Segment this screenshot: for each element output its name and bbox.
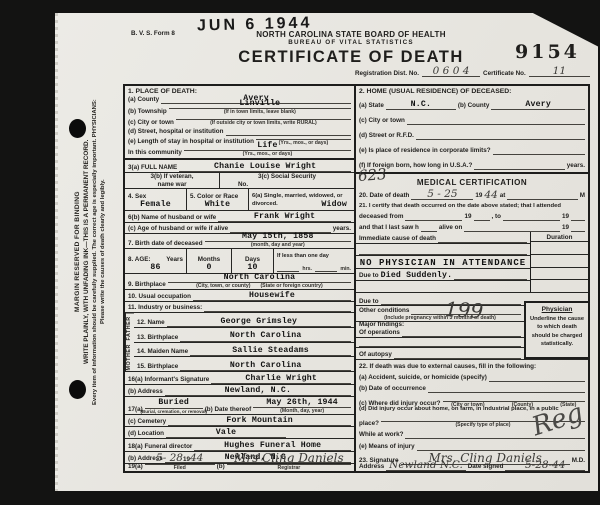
section-title: 2. HOME (USUAL RESIDENCE) OF DECEASED: bbox=[356, 86, 588, 95]
section-title: 22. If death was due to external causes,… bbox=[359, 363, 536, 371]
scanned-death-certificate: { "header": { "form_no": "B. V. S. Form … bbox=[0, 0, 600, 505]
death-date-handwriting: 5 - 25 bbox=[427, 190, 457, 199]
field-label: 13. Birthplace bbox=[137, 334, 178, 342]
field-label: (d) Location bbox=[128, 430, 164, 438]
age-months-value: 0 bbox=[190, 264, 228, 272]
field-label: 3(c) Social Security bbox=[220, 173, 354, 181]
field-suffix: years. bbox=[567, 162, 585, 170]
age-days-value: 10 bbox=[235, 264, 270, 272]
certify-text: deceased from bbox=[359, 213, 403, 221]
physician-address-handwriting: Newland N.C. bbox=[389, 461, 463, 470]
field-label: Of autopsy bbox=[359, 351, 392, 359]
field-caption: (State or foreign country) bbox=[260, 283, 322, 289]
year-prefix: 19 bbox=[562, 213, 569, 221]
row-industry: 11. Industry or business: bbox=[125, 302, 354, 313]
field-label: 9. Birthplace bbox=[128, 281, 166, 289]
row-certify-3: and that I last saw h alive on 19 bbox=[356, 221, 588, 232]
informant-signature-value: Charlie Wright bbox=[245, 375, 317, 383]
field-label: (b) Township bbox=[128, 108, 167, 116]
full-name-value: Chanie Louise Wright bbox=[214, 163, 316, 171]
margin-note-permanent-record: WRITE PLAINLY, WITH UNFADING INK—THIS IS… bbox=[83, 13, 90, 491]
row-informant-signature: 16(a) Informant's Signature Charlie Wrig… bbox=[125, 372, 354, 385]
field-label: (b) Date thereof bbox=[205, 406, 252, 414]
registrar-caption: Registrar bbox=[277, 465, 300, 471]
mother-name-value: Sallie Steadams bbox=[232, 347, 309, 355]
field-label: (b) Address bbox=[128, 388, 163, 396]
row-informant-address: (b) Address Newland, N.C. bbox=[125, 385, 354, 397]
row-veteran-ssn: 3(b) If veteran, name war 3(c) Social Se… bbox=[125, 173, 354, 189]
field-label: 18(a) Funeral director bbox=[128, 443, 192, 451]
field-label: (a) Accident, suicide, or homicide (spec… bbox=[359, 374, 487, 382]
filed-date-handwriting: 5- 28 bbox=[156, 454, 183, 463]
year-prefix: 19 bbox=[475, 192, 482, 200]
certify-text: 21. I certify that death occurred on the… bbox=[359, 203, 561, 210]
form-number: B. V. S. Form 8 bbox=[131, 30, 175, 37]
filed-caption: Filed bbox=[174, 465, 186, 471]
location-value: Vale bbox=[216, 429, 236, 437]
row-external-title: 22. If death was due to external causes,… bbox=[356, 360, 588, 371]
informant-address-value: Newland, N.C. bbox=[225, 387, 291, 395]
field-caption: (month, day and year) bbox=[251, 242, 305, 248]
field-label: 3(b) If veteran, bbox=[125, 173, 219, 181]
spouse-value: Frank Wright bbox=[254, 213, 315, 221]
certify-text: alive on bbox=[439, 224, 462, 232]
field-label: (c) Cemetery bbox=[128, 418, 166, 426]
age-years-value: 86 bbox=[128, 264, 183, 272]
field-label: 14. Maiden Name bbox=[137, 348, 188, 356]
cemetery-value: Fork Mountain bbox=[226, 417, 292, 425]
cause-code-handwriting: 199 bbox=[445, 300, 484, 320]
father-name-value: George Grimsley bbox=[220, 318, 297, 326]
home-county-value: Avery bbox=[525, 101, 551, 109]
date-signed-handwriting: 5-28-44 bbox=[525, 461, 566, 470]
mother-birthplace-value: North Carolina bbox=[230, 362, 302, 370]
row-spouse: 6(b) Name of husband or wife Frank Wrigh… bbox=[125, 211, 354, 223]
field-label: Due to bbox=[359, 272, 379, 280]
row-accident: (a) Accident, suicide, or homicide (spec… bbox=[356, 371, 588, 382]
field-label: (b) bbox=[217, 463, 225, 471]
certify-text: and that I last saw h bbox=[359, 224, 419, 232]
field-label: 16(a) Informant's Signature bbox=[128, 376, 209, 384]
section-home: 2. HOME (USUAL RESIDENCE) OF DECEASED: (… bbox=[356, 86, 588, 174]
row-certify-2: deceased from 19 , to 19 bbox=[356, 210, 588, 221]
certificate-no-handwriting: 11 bbox=[553, 67, 566, 76]
code-handwriting: 623 bbox=[358, 168, 388, 183]
year-prefix: 19 bbox=[183, 456, 190, 464]
form-grid: 1. PLACE OF DEATH: (a) County Avery (b) … bbox=[123, 84, 590, 473]
field-label: 19(a) bbox=[128, 463, 143, 471]
field-label: (a) County bbox=[128, 96, 159, 104]
field-label: (b) County bbox=[458, 102, 489, 110]
field-label: 7. Birth date of deceased bbox=[128, 240, 203, 248]
birthdate-value: May 15th, 1858 bbox=[242, 233, 314, 241]
row-burial: 17(a) Buried (Burial, cremation, or remo… bbox=[125, 397, 354, 415]
registrar-signature-handwriting: Mrs Cling Daniels bbox=[234, 453, 344, 464]
section-title: MEDICAL CERTIFICATION bbox=[356, 176, 588, 187]
field-label: 6(b) Name of husband or wife bbox=[128, 214, 216, 222]
field-label: No. bbox=[220, 181, 354, 189]
row-physician-address: Address Newland N.C. Date signed 5-28-44 bbox=[356, 465, 588, 471]
field-label: 8. AGE: bbox=[128, 256, 151, 264]
physician-note-box: Physician Underline the cause to which d… bbox=[524, 301, 588, 359]
field-label: (c) City or town bbox=[128, 119, 174, 127]
row-age: 8. AGE: Years 86 Months 0 Days 10 If les… bbox=[125, 249, 354, 274]
row-sex-race-marital: 4. Sex Female 5. Color or Race White 6(a… bbox=[125, 189, 354, 211]
registration-row: Registration Dist. No. 0 6 0 4 Certifica… bbox=[355, 67, 590, 77]
field-label: Certificate No. bbox=[483, 70, 526, 78]
field-label: (d) Street or R.F.D. bbox=[359, 132, 414, 140]
other-conditions-block: Due to 199 Other conditions (Include pre… bbox=[356, 293, 588, 360]
no-physician-value: NO PHYSICIAN IN ATTENDANCE bbox=[360, 259, 526, 268]
row-certify-1: 21. I certify that death occurred on the… bbox=[356, 200, 588, 210]
race-value: White bbox=[190, 201, 245, 209]
field-caption: min. bbox=[340, 266, 351, 272]
field-label: Due to bbox=[359, 298, 379, 306]
row-location: (d) Location Vale bbox=[125, 427, 354, 439]
death-year-handwriting: 44 bbox=[484, 191, 497, 200]
field-label: 10. Usual occupation bbox=[128, 293, 191, 301]
due-to-value: Died Suddenly. bbox=[381, 272, 453, 280]
mother-side-heading: MOTHER bbox=[125, 343, 134, 372]
filed-year-handwriting: 44 bbox=[190, 454, 203, 463]
field-label: place? bbox=[359, 420, 379, 428]
field-label: name war bbox=[125, 181, 219, 189]
field-label: (e) Is place of residence in corporate l… bbox=[359, 147, 491, 155]
field-caption: (Yrs., mos., or days) bbox=[243, 151, 293, 157]
margin-note-binding: MARGIN RESERVED FOR BINDING bbox=[74, 13, 81, 491]
margin-note-causes: Please write the causes of death clearly… bbox=[100, 13, 106, 491]
field-label: Date signed bbox=[468, 463, 504, 471]
field-label: While at work? bbox=[359, 431, 403, 439]
row-means-of-injury: Reg (e) Means of injury bbox=[356, 439, 588, 451]
certificate-paper: MARGIN RESERVED FOR BINDING WRITE PLAINL… bbox=[55, 13, 598, 491]
parents-block: FATHER MOTHER 12. Name George Grimsley 1… bbox=[125, 313, 354, 372]
birthplace-value: North Carolina bbox=[224, 274, 296, 282]
row-full-name: 3(a) FULL NAME Chanie Louise Wright bbox=[125, 160, 354, 173]
physician-note: Underline the cause to which death shoul… bbox=[528, 315, 586, 348]
row-occurrence: (b) Date of occurrence bbox=[356, 382, 588, 393]
field-label: If less than one day bbox=[277, 253, 351, 260]
occupation-value: Housewife bbox=[249, 292, 295, 300]
marital-value: Widow bbox=[252, 201, 351, 209]
field-label: Address bbox=[359, 463, 384, 471]
row-birthplace: 9. Birthplace North Carolina (City, town… bbox=[125, 274, 354, 290]
registration-dist-handwriting: 0 6 0 4 bbox=[433, 67, 470, 76]
row-occupation: 10. Usual occupation Housewife bbox=[125, 290, 354, 302]
township-value: Linville bbox=[239, 100, 280, 108]
sex-value: Female bbox=[128, 201, 183, 209]
date-stamp: JUN 6 1944 bbox=[197, 14, 313, 35]
year-prefix: 19 bbox=[464, 213, 471, 221]
field-label: Other conditions bbox=[359, 307, 409, 315]
field-label: (c) City or town bbox=[359, 117, 405, 125]
burial-date-value: May 26th, 1944 bbox=[266, 399, 338, 407]
row-cemetery: (c) Cemetery Fork Mountain bbox=[125, 415, 354, 427]
duration-header: Duration bbox=[531, 232, 588, 242]
field-label: (a) State bbox=[359, 102, 384, 110]
field-label: Major findings: bbox=[359, 321, 521, 329]
field-label: at bbox=[500, 192, 506, 200]
field-label: M bbox=[580, 192, 585, 200]
field-label: (d) Street, hospital or institution bbox=[128, 128, 224, 136]
field-label: 3(a) FULL NAME bbox=[128, 164, 177, 172]
home-state-value: N.C. bbox=[411, 101, 431, 109]
field-caption: (City, town, or county) bbox=[196, 283, 250, 289]
field-label: Registration Dist. No. bbox=[355, 70, 419, 78]
year-prefix: 19 bbox=[562, 224, 569, 232]
field-label: 20. Date of death bbox=[359, 192, 409, 200]
father-birthplace-value: North Carolina bbox=[230, 332, 302, 340]
burial-type-value: Buried bbox=[158, 399, 189, 407]
field-label: (b) Date of occurrence bbox=[359, 385, 426, 393]
field-caption: (Month, day, year) bbox=[280, 408, 324, 414]
field-caption: (Burial, cremation, or removal) bbox=[140, 409, 207, 415]
section-place-of-death: 1. PLACE OF DEATH: (a) County Avery (b) … bbox=[125, 86, 354, 160]
left-column: 1. PLACE OF DEATH: (a) County Avery (b) … bbox=[125, 86, 356, 471]
funeral-director-value: Hughes Funeral Home bbox=[224, 442, 321, 450]
org-bureau: BUREAU OF VITAL STATISTICS bbox=[205, 39, 497, 46]
field-label: 15. Birthplace bbox=[137, 363, 178, 371]
field-label: Of operations bbox=[359, 329, 400, 337]
margin-note-supply-info: Every item of information should be care… bbox=[92, 13, 98, 491]
certify-text: , to bbox=[492, 213, 501, 221]
duration-column: Duration bbox=[530, 232, 588, 292]
row-date-of-death: 20. Date of death 5 - 25 19 44 at M bbox=[356, 187, 588, 200]
field-label: 11. Industry or business: bbox=[128, 304, 202, 312]
serial-number: 9154 bbox=[515, 41, 580, 63]
row-filed: 19(a) 5- 28 19 44 Filed (b) Mrs Cling Da… bbox=[125, 464, 354, 471]
cause-of-death-block: Immediate cause of death NO PHYSICIAN IN… bbox=[356, 232, 588, 293]
field-label: 12. Name bbox=[137, 319, 165, 327]
field-label: Immediate cause of death bbox=[359, 235, 436, 243]
field-label: (e) Means of injury bbox=[359, 443, 415, 451]
community-value: Life bbox=[257, 142, 277, 150]
field-label: In this community bbox=[128, 149, 182, 157]
right-column: 2. HOME (USUAL RESIDENCE) OF DECEASED: (… bbox=[356, 86, 588, 471]
section-title: 1. PLACE OF DEATH: bbox=[125, 86, 354, 95]
physician-title: Physician bbox=[528, 306, 586, 313]
medical-certification-header: 623 MEDICAL CERTIFICATION bbox=[356, 174, 588, 187]
col-header: Years bbox=[166, 256, 183, 264]
row-birthdate: 7. Birth date of deceased May 15th, 1858… bbox=[125, 234, 354, 249]
father-side-heading: FATHER bbox=[125, 313, 134, 343]
field-caption: hrs. bbox=[302, 266, 312, 272]
